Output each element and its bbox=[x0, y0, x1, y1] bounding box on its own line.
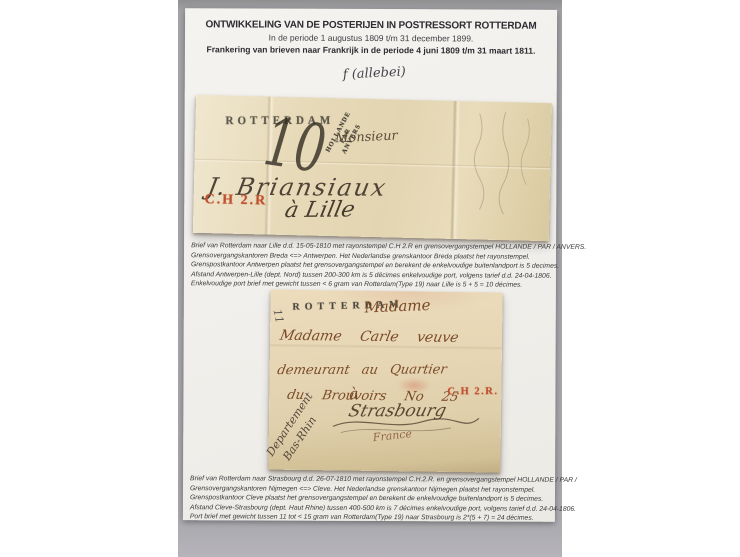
country-france: France bbox=[372, 427, 412, 444]
destination-prefix: à bbox=[349, 385, 358, 403]
red-crayon-mark bbox=[397, 377, 431, 393]
salutation-monsieur: Monsieur bbox=[335, 128, 398, 146]
rayon-stamp-ch2r: C.H 2.R. bbox=[447, 386, 498, 397]
exhibit-page-photo: ONTWIKKELING VAN DE POSTERIJEN IN POSTRE… bbox=[0, 0, 740, 557]
cover-rotterdam-lille: ROTTERDAM HOLLANDE PAR ANVERS 10 Monsieu… bbox=[193, 95, 552, 241]
caption-line: Port brief met gewicht tussen 11 tot < 1… bbox=[190, 513, 556, 524]
address-line-2: demeurant au Quartier bbox=[276, 362, 448, 378]
salutation-madame: Madame bbox=[364, 296, 431, 317]
caption-cover-strasbourg: Brief van Rotterdam naar Strasbourg d.d.… bbox=[190, 474, 556, 524]
pen-annotation: f (allebei) bbox=[343, 65, 407, 83]
weight-mark-11: 11 bbox=[270, 308, 286, 325]
faint-vertical-writing bbox=[459, 107, 548, 235]
album-page: ONTWIKKELING VAN DE POSTERIJEN IN POSTRE… bbox=[183, 8, 557, 522]
photo-background: ONTWIKKELING VAN DE POSTERIJEN IN POSTRE… bbox=[178, 0, 562, 557]
destination-lille: à Lille bbox=[283, 197, 357, 223]
rayon-stamp-ch2r: C.H 2.R bbox=[204, 192, 267, 209]
rate-mark-10: 10 bbox=[260, 109, 329, 183]
caption-cover-lille: Brief van Rotterdam naar Lille d.d. 15-0… bbox=[191, 241, 557, 291]
page-header: ONTWIKKELING VAN DE POSTERIJEN IN POSTRE… bbox=[185, 18, 557, 57]
page-title: ONTWIKKELING VAN DE POSTERIJEN IN POSTRE… bbox=[185, 18, 557, 33]
caption-line: Enkelvoudige port brief met gewicht tuss… bbox=[191, 280, 557, 291]
address-line-1: Madame Carle veuve bbox=[279, 328, 460, 346]
cover-rotterdam-strasbourg: 11 ROTTERDAM Madame Madame Carle veuve d… bbox=[268, 290, 502, 473]
page-subtitle-franking: Frankering van brieven naar Frankrijk in… bbox=[185, 43, 557, 57]
